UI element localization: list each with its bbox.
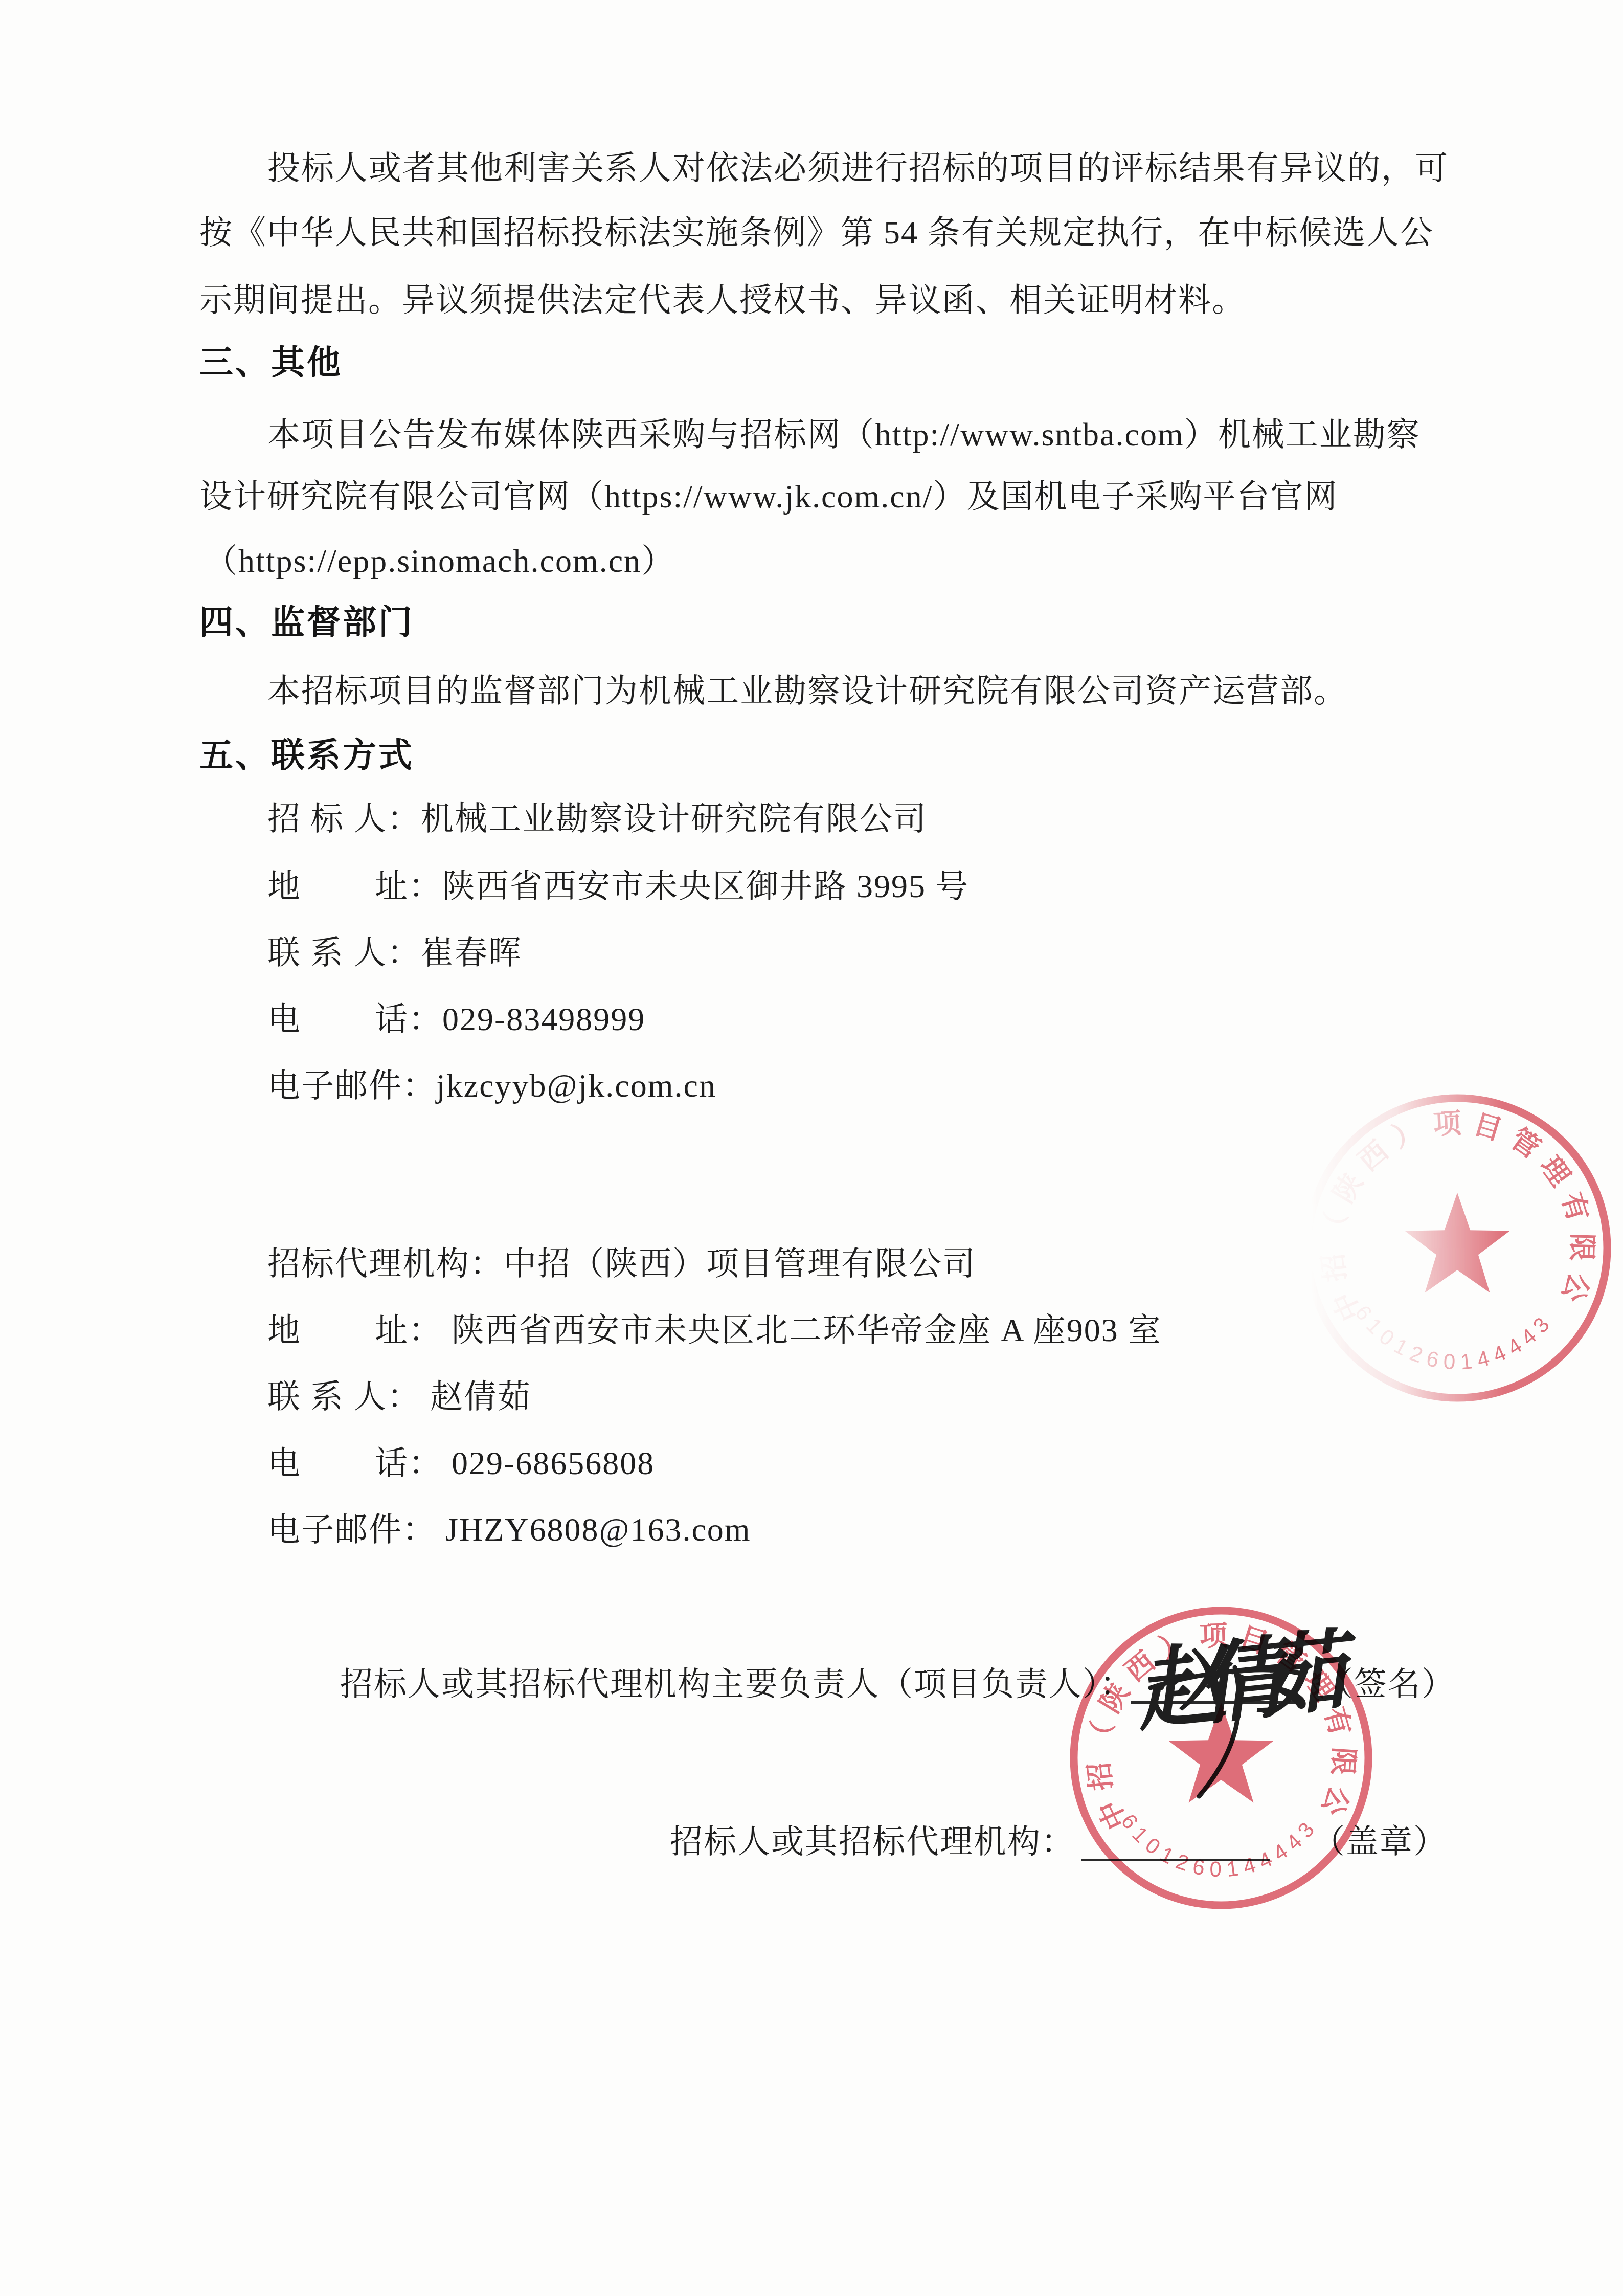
signature-line1-underline bbox=[1131, 1668, 1301, 1704]
seal-ring-company-text: 中招（陕西）项目管理有限公司 bbox=[0, 0, 1360, 1834]
scanned-tender-document-page: 投标人或者其他利害关系人对依法必须进行招标的项目的评标结果有异议的，可 按《中华… bbox=[0, 0, 1623, 2296]
agency-name-label: 招标代理机构： bbox=[267, 1245, 504, 1282]
agency-phone-value: 029-68656808 bbox=[442, 1445, 655, 1481]
tenderer-phone-value: 029-83498999 bbox=[442, 1001, 645, 1037]
agency-email-row: 电子邮件： JHZY6808@163.com bbox=[267, 1512, 751, 1548]
agency-contact-label: 联 系 人： bbox=[267, 1378, 421, 1415]
section-heading-contact: 五、联系方式 bbox=[199, 737, 414, 774]
signature-line2-label: 招标人或其招标代理机构： bbox=[670, 1824, 1075, 1860]
agency-name-value: 中招（陕西）项目管理有限公司 bbox=[504, 1245, 976, 1282]
agency-email-label: 电子邮件： bbox=[267, 1511, 436, 1548]
tenderer-contact-label: 联 系 人： bbox=[267, 934, 421, 971]
agency-phone-row: 电 话： 029-68656808 bbox=[267, 1445, 655, 1481]
supervision-paragraph-line: 本招标项目的监督部门为机械工业勘察设计研究院有限公司资产运营部。 bbox=[267, 673, 1347, 709]
agency-name-row: 招标代理机构：中招（陕西）项目管理有限公司 bbox=[267, 1246, 976, 1282]
seal-serial-number: 6101260144443 bbox=[1350, 1301, 1558, 1374]
signature-line2-underline bbox=[1081, 1826, 1270, 1861]
appeal-paragraph-line: 投标人或者其他利害关系人对依法必须进行招标的项目的评标结果有异议的，可 bbox=[267, 150, 1449, 186]
tenderer-phone-label: 电 话： bbox=[267, 1001, 442, 1037]
tenderer-contact-value: 崔春晖 bbox=[421, 934, 522, 971]
seal-star-icon bbox=[1405, 1193, 1509, 1292]
tenderer-name-label: 招 标 人： bbox=[267, 800, 421, 837]
other-paragraph-line: 本项目公告发布媒体陕西采购与招标网（http://www.sntba.com）机… bbox=[267, 417, 1421, 453]
agency-phone-label: 电 话： bbox=[267, 1445, 442, 1481]
tenderer-email-row: 电子邮件：jkzcyyb@jk.com.cn bbox=[267, 1068, 716, 1104]
tenderer-email-label: 电子邮件： bbox=[267, 1067, 436, 1104]
section-heading-other: 三、其他 bbox=[199, 344, 343, 381]
section-heading-supervision: 四、监督部门 bbox=[199, 604, 414, 641]
agency-email-value: JHZY6808@163.com bbox=[436, 1511, 751, 1548]
seal-star-icon bbox=[1168, 1703, 1273, 1802]
tenderer-address-row: 地 址：陕西省西安市未央区御井路 3995 号 bbox=[267, 868, 969, 904]
appeal-paragraph-line: 按《中华人民共和国招标投标法实施条例》第 54 条有关规定执行，在中标候选人公 bbox=[199, 215, 1434, 251]
agency-address-value: 陕西省西安市未央区北二环华帝金座 A 座903 室 bbox=[442, 1312, 1162, 1348]
svg-text:中招（陕西）项目管理有限公司: 中招（陕西）项目管理有限公司 bbox=[0, 0, 1598, 1326]
appeal-paragraph-line: 示期间提出。异议须提供法定代表人授权书、异议函、相关证明材料。 bbox=[199, 282, 1246, 318]
signature-line1-label: 招标人或其招标代理机构主要负责人（项目负责人）： bbox=[340, 1666, 1134, 1702]
svg-text:6101260144443: 6101260144443 bbox=[1350, 1301, 1558, 1374]
other-paragraph-line: 设计研究院有限公司官网（https://www.jk.com.cn/）及国机电子… bbox=[199, 479, 1338, 515]
tenderer-name-row: 招 标 人：机械工业勘察设计研究院有限公司 bbox=[267, 801, 927, 837]
seal-outer-ring bbox=[1308, 1098, 1607, 1398]
signature-line2-suffix: （盖章） bbox=[1312, 1824, 1447, 1860]
tenderer-address-value: 陕西省西安市未央区御井路 3995 号 bbox=[442, 868, 969, 904]
agency-contact-value: 赵倩茹 bbox=[421, 1378, 531, 1415]
tenderer-address-label: 地 址： bbox=[267, 868, 442, 904]
signature-line1-suffix: （签名） bbox=[1320, 1666, 1455, 1702]
svg-text:中招（陕西）项目管理有限公司: 中招（陕西）项目管理有限公司 bbox=[0, 0, 1360, 1834]
other-paragraph-line: （https://epp.sinomach.com.cn） bbox=[205, 543, 675, 579]
tenderer-contact-row: 联 系 人：崔春晖 bbox=[267, 935, 522, 971]
tenderer-phone-row: 电 话：029-83498999 bbox=[267, 1001, 645, 1037]
agency-contact-row: 联 系 人： 赵倩茹 bbox=[267, 1379, 531, 1415]
tenderer-email-value: jkzcyyb@jk.com.cn bbox=[436, 1067, 716, 1104]
agency-address-label: 地 址： bbox=[267, 1312, 442, 1348]
seal-ring-company-text: 中招（陕西）项目管理有限公司 bbox=[0, 0, 1598, 1326]
tenderer-name-value: 机械工业勘察设计研究院有限公司 bbox=[421, 800, 927, 837]
agency-address-row: 地 址： 陕西省西安市未央区北二环华帝金座 A 座903 室 bbox=[267, 1312, 1162, 1348]
